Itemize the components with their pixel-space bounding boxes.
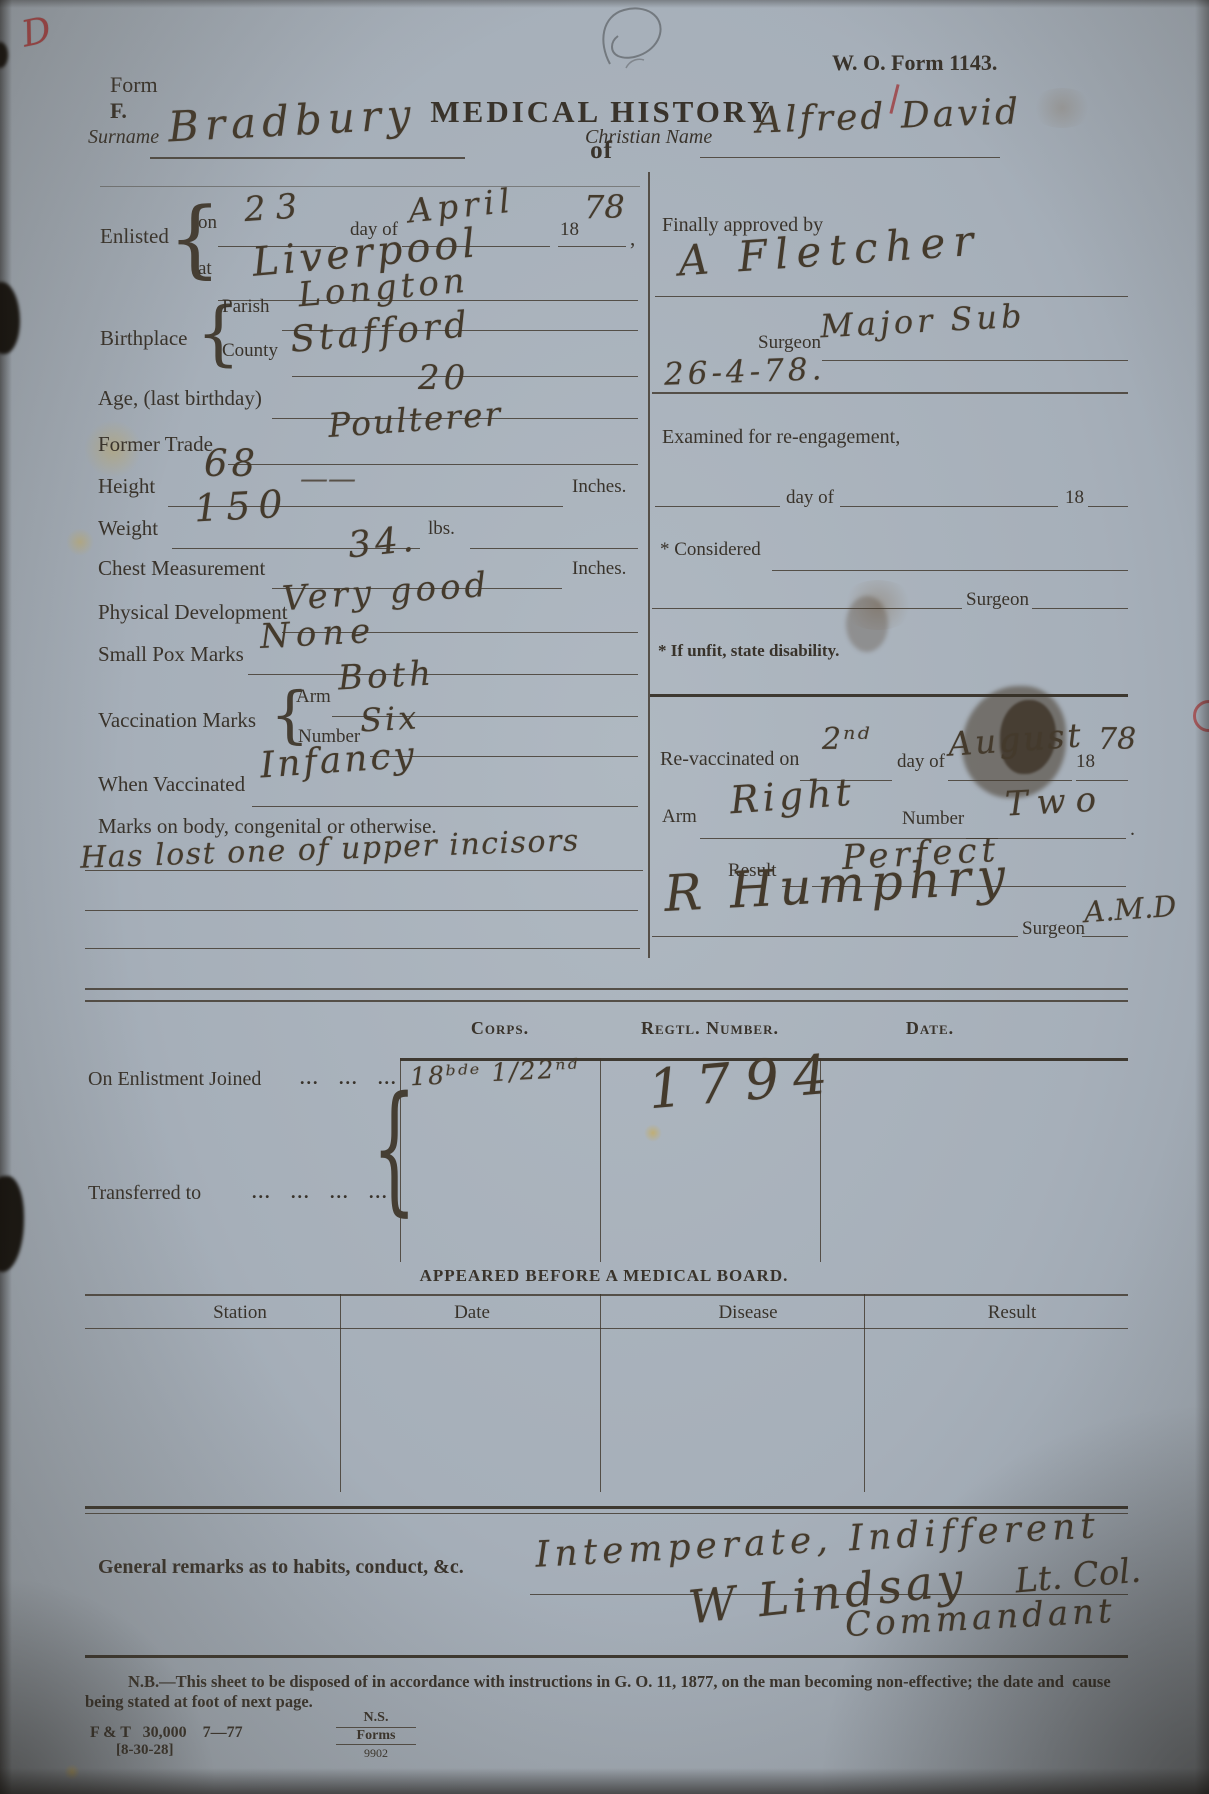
red-pen-mark: D	[18, 9, 55, 55]
dots: ... ... ... ...	[252, 1182, 389, 1203]
former-trade-label: Former Trade	[98, 432, 213, 457]
underline	[652, 936, 1018, 937]
underline	[948, 780, 1072, 781]
torn-edge-blob	[0, 42, 8, 68]
underline	[655, 296, 1128, 297]
wo-form-number: W. O. Form 1143.	[832, 50, 997, 76]
print-code-bracket: [8-30-28]	[116, 1742, 173, 1759]
year-prefix: 18	[1065, 487, 1084, 509]
vacc-arm-value: Both	[337, 653, 436, 698]
parish-label: Parish	[222, 296, 270, 318]
underline	[470, 548, 638, 549]
underline	[248, 674, 638, 675]
double-rule	[85, 1000, 1128, 1002]
surgeon-rank-value: Major Sub	[819, 297, 1026, 346]
page-title-main: MEDICAL HISTORY	[430, 94, 772, 129]
underline	[85, 910, 638, 911]
year-prefix: 18	[560, 219, 579, 241]
underline	[85, 948, 640, 949]
torn-edge-blob	[0, 282, 20, 354]
underline	[558, 246, 626, 247]
form-word: Form	[110, 72, 158, 97]
section-rule	[85, 1655, 1128, 1658]
smallpox-marks-value: None	[259, 611, 377, 657]
day-of-label: day of	[897, 751, 945, 773]
enlisted-at-label: at	[198, 258, 212, 280]
board-result-header: Result	[912, 1302, 1112, 1324]
chest-unit: Inches.	[572, 558, 626, 580]
enlisted-day-value: 23	[243, 186, 309, 230]
surgeon-dept-value: A.M.D	[1083, 889, 1177, 929]
revaccinated-day-value: 2ⁿᵈ	[822, 722, 871, 757]
vaccination-marks-label: Vaccination Marks	[98, 708, 256, 733]
enlistment-joined-label: On Enlistment Joined	[88, 1068, 261, 1091]
weight-value: 150	[193, 482, 292, 531]
considered-label: * Considered	[660, 539, 761, 561]
revaccinated-year-value: 78	[1098, 722, 1136, 757]
double-rule	[85, 988, 1128, 990]
brace: {	[168, 196, 221, 280]
stamp-top: N.S.	[328, 1710, 424, 1726]
year-prefix: 18	[1076, 751, 1095, 773]
enlisted-year-value: 78	[584, 188, 625, 226]
unfit-note: * If unfit, state disability.	[658, 641, 839, 661]
medical-history-form: D Form F. MEDICAL HISTORY of W. O. Form …	[0, 0, 1209, 1794]
table-line	[600, 1058, 601, 1262]
revacc-arm-label: Arm	[662, 806, 697, 828]
form-letter: F.	[110, 98, 127, 123]
underline	[150, 157, 465, 159]
vacc-number-value: Six	[359, 698, 420, 739]
corps-header: Corps.	[440, 1018, 560, 1039]
revacc-arm-value: Right	[729, 770, 857, 823]
surgeon-label: Surgeon	[966, 589, 1029, 611]
table-line	[864, 1294, 865, 1492]
station-header: Station	[140, 1302, 340, 1324]
when-vaccinated-label: When Vaccinated	[98, 772, 245, 797]
medical-board-title: APPEARED BEFORE A MEDICAL BOARD.	[304, 1266, 904, 1286]
stamp-bottom: 9902	[328, 1746, 424, 1761]
underline	[772, 570, 1128, 571]
stain	[1030, 88, 1094, 128]
enlisted-on-label: on	[198, 212, 217, 234]
torn-edge-blob	[0, 1176, 24, 1272]
underline	[822, 360, 1128, 361]
regtl-number-value: 1794	[646, 1042, 844, 1122]
column-divider	[648, 172, 650, 958]
birthplace-label: Birthplace	[100, 326, 187, 351]
underline	[85, 870, 643, 871]
revacc-number-label: Number	[902, 808, 964, 830]
christian-name-label: Christian Name	[585, 126, 712, 149]
print-code: F & T 30,000 7—77	[90, 1724, 243, 1742]
examined-label: Examined for re-engagement,	[662, 426, 900, 449]
chest-label: Chest Measurement	[98, 556, 265, 581]
physical-development-value: Very good	[281, 565, 492, 619]
approved-date-value: 26-4-78.	[663, 351, 826, 393]
former-trade-value: Poulterer	[327, 394, 504, 445]
county-label: County	[222, 340, 278, 362]
table-line	[600, 1294, 601, 1492]
revacc-number-value: Two	[1004, 779, 1107, 824]
regtl-number-header: Regtl. Number.	[610, 1018, 810, 1039]
enlisted-label: Enlisted	[100, 224, 169, 249]
underline	[840, 506, 1058, 507]
height-unit: Inches.	[572, 476, 626, 498]
height-label: Height	[98, 474, 155, 499]
transferred-to-label: Transferred to	[88, 1182, 201, 1205]
period: .	[1130, 818, 1135, 841]
christian-name-value: Alfred David	[755, 91, 1021, 141]
nb-note-line1: N.B.—This sheet to be disposed of in acc…	[128, 1672, 1111, 1692]
vacc-arm-label: Arm	[296, 686, 331, 708]
board-date-header: Date	[372, 1302, 572, 1324]
underline	[655, 506, 780, 507]
section-rule	[85, 1506, 1128, 1509]
section-rule	[650, 694, 1128, 697]
result-signature: R Humphry	[663, 847, 1013, 923]
day-of-label: day of	[786, 487, 834, 509]
table-line	[340, 1294, 341, 1492]
underline	[1088, 506, 1128, 507]
age-label: Age, (last birthday)	[98, 386, 262, 411]
revaccinated-label: Re-vaccinated on	[660, 748, 799, 771]
stain	[64, 1764, 80, 1780]
chest-value: 34.	[346, 518, 419, 566]
underline	[652, 608, 962, 609]
height-dash: ——	[300, 462, 356, 495]
table-rule	[85, 1294, 1128, 1296]
age-value: 20	[418, 358, 469, 398]
underline	[652, 392, 1128, 394]
comma: ,	[630, 226, 635, 251]
underline	[252, 806, 638, 807]
surname-label: Surname	[88, 126, 159, 149]
nb-note-line2: being stated at foot of next page.	[85, 1692, 313, 1712]
stain	[644, 1124, 662, 1142]
underline	[228, 464, 638, 465]
stain	[66, 528, 94, 556]
revaccinated-month-value: August	[947, 715, 1085, 763]
underline	[1082, 936, 1128, 937]
table-rule	[85, 1328, 1128, 1329]
stain	[840, 580, 916, 630]
underline	[700, 157, 1000, 158]
ink-smudge	[846, 596, 888, 652]
weight-label: Weight	[98, 516, 158, 541]
date-header: Date.	[870, 1018, 990, 1039]
smallpox-marks-label: Small Pox Marks	[98, 642, 244, 667]
stamp-mid: Forms	[336, 1727, 416, 1745]
rule	[100, 186, 640, 187]
disease-header: Disease	[648, 1302, 848, 1324]
forms-stamp: N.S. Forms 9902	[328, 1710, 424, 1761]
height-value: 68	[204, 442, 259, 485]
surgeon-label: Surgeon	[1022, 918, 1085, 940]
red-arc-mark	[1193, 700, 1209, 732]
underline	[1032, 608, 1128, 609]
general-remarks-label: General remarks as to habits, conduct, &…	[98, 1556, 464, 1579]
weight-unit: lbs.	[428, 518, 455, 540]
